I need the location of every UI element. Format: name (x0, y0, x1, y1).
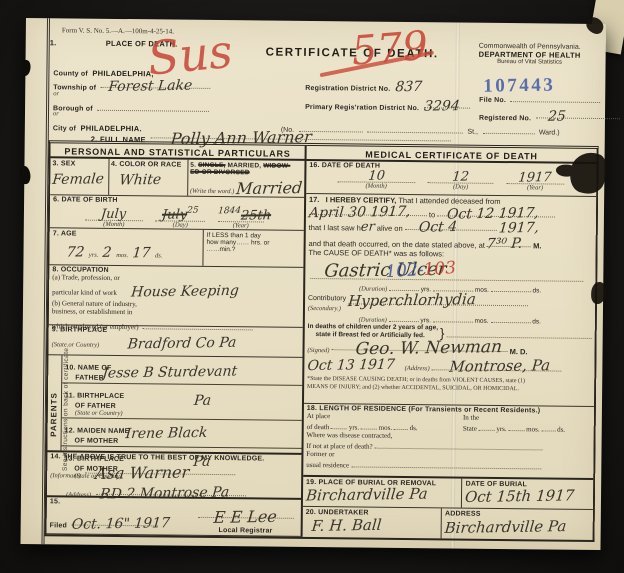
duration2-dots (490, 314, 530, 323)
ward-fill (482, 123, 534, 135)
certificate-form: Form V. S. No. 5.—A.—100m-4-25-14. 1. PL… (44, 18, 599, 550)
sex-race-marital-row: 3. SEX Female 4. COLOR OR RACE White 5. … (50, 158, 304, 198)
dod-month-value: 10 (367, 171, 385, 182)
undertaker-cell: 20. UNDERTAKER F. H. Ball (302, 507, 442, 538)
father-bp-label1: 11. BIRTHPLACE (65, 392, 124, 400)
sex-label: 3. SEX (52, 160, 106, 168)
father-name-row: 10. NAME OF FATHER Jesse B Sturdevant (62, 355, 302, 386)
secondary-label: (Secondary.) (308, 305, 346, 312)
marital-value: Married (235, 178, 303, 198)
parents-block: PARENTS 10. NAME OF FATHER Jesse B Sturd… (47, 355, 302, 455)
age-months: 2 (102, 245, 112, 261)
dob-day-group: July25 (Day) (155, 205, 205, 229)
physician-address-label: (Address) (405, 365, 430, 372)
registrar-signature: E E Lee (213, 507, 278, 527)
physician-address-fill: Montrose, Pa (432, 360, 562, 372)
burial-row: 19. PLACE OF BURIAL OR REMOVAL Birchardv… (303, 476, 593, 510)
dob-year-struck: 25th (240, 210, 271, 221)
dod-day-value: 12 (452, 171, 470, 182)
local-registrar-label: Local Registrar (197, 527, 293, 535)
last-saw-date: Oct 4 (418, 219, 458, 236)
signed-label: (Signed) (307, 347, 329, 354)
parents-label: PARENTS (49, 371, 59, 437)
signed-date: Oct 13 1917 (307, 359, 395, 373)
undertaker-row: 20. UNDERTAKER F. H. Ball ADDRESS Bircha… (302, 507, 592, 540)
primary-district-fill: 3294 (424, 97, 470, 108)
date-of-birth-row: 6. DATE OF BIRTH July (Month) July25 (Da… (50, 195, 304, 231)
ward-label: Ward.) (539, 129, 560, 136)
undertaker-address-cell: ADDRESS Birchardville Pa (442, 508, 593, 540)
residence-row: 18. LENGTH OF RESIDENCE (For Transients … (303, 404, 594, 480)
death-m-label: M. (533, 242, 541, 251)
registration-district-value: 837 (394, 79, 422, 95)
cause-value: Gastric Ulcer (323, 259, 447, 282)
res-mos: mos. (379, 423, 393, 431)
attestation-label: 14. THE ABOVE IS TRUE TO THE BEST OF MY … (50, 453, 298, 463)
duration2-ds: ds. (532, 319, 541, 326)
mother-name-row: 12. MAIDEN NAME OF MOTHER Irene Black (62, 418, 302, 449)
res-dots (394, 421, 408, 430)
commonwealth-block: Commonwealth of Pennsylvania. DEPARTMENT… (446, 42, 614, 66)
item-1-number: 1. (50, 38, 57, 47)
residence-at-place-2: of death (307, 423, 330, 431)
primary-district-row: Primary Regis'ration District No. 3294 (305, 96, 470, 116)
res-yrs: yrs. (349, 423, 359, 431)
death-time-fill: 7³⁰ P. (487, 236, 531, 247)
filed-date: Oct. 16" 1917 (71, 515, 171, 533)
last-saw-year: 1917, (498, 220, 540, 237)
certify-row: 17. I HEREBY CERTIFY, That I attended de… (304, 194, 596, 406)
from-date: April 30 1917, (308, 204, 411, 222)
certify-no: 17. (309, 195, 320, 204)
form-number: Form V. S. No. 5.—A.—100m-4-25-14. (62, 26, 174, 35)
duration2-dots (389, 313, 419, 322)
last-saw-pre: that I last saw h (309, 223, 361, 233)
former-fill (351, 458, 541, 469)
residence-former-2: usual residence (306, 461, 349, 469)
file-no-label: File No. (479, 97, 506, 104)
primary-district-value: 3294 (423, 98, 460, 115)
duration2-dots (433, 314, 473, 323)
bureau-line: Bureau of Vital Statistics (446, 58, 614, 66)
age-note-line3: ……min.? (206, 246, 300, 254)
registered-no-fill: 25 (536, 107, 620, 119)
dob-year-group: 184425th (Year) (218, 206, 264, 229)
residence-state: State (463, 424, 477, 432)
contributory-fill: Hyperchlorhydia (348, 294, 528, 307)
dob-year-value: 1844 (217, 206, 241, 217)
personal-column: PERSONAL AND STATISTICAL PARTICULARS 3. … (47, 143, 307, 537)
last-saw-post: alive on (377, 224, 403, 233)
burial-place-cell: 19. PLACE OF BURIAL OR REMOVAL Birchardv… (303, 476, 463, 507)
father-name-value: Jesse B Sturdevant (102, 363, 238, 381)
mother-name-value: Irene Black (125, 425, 208, 442)
age-less-than-note: If LESS than 1 day how many…… hrs. or ……… (202, 230, 303, 267)
res-ds2: ds. (557, 425, 565, 433)
burial-date-cell: DATE OF BURIAL Oct 15th 1917 (462, 478, 593, 509)
res-dots (331, 420, 347, 429)
parents-rows: 10. NAME OF FATHER Jesse B Sturdevant 11… (61, 355, 302, 453)
age-days: 17 (132, 245, 151, 261)
dod-month-group: 10 (Month) (337, 169, 415, 190)
birthplace-sub: (State or Country) (52, 341, 100, 348)
age-label: 7. AGE (53, 230, 200, 239)
attestation-row: 14. THE ABOVE IS TRUE TO THE BEST OF MY … (47, 452, 301, 500)
race-label: 4. COLOR OR RACE (111, 161, 185, 169)
place-of-death-label: PLACE OF DEATH. (106, 39, 178, 49)
registration-district-label: Registration District No. (305, 85, 390, 93)
township-value: Forest Lake (108, 78, 193, 95)
borough-fill-line (97, 100, 209, 112)
res-dots2 (508, 422, 524, 431)
registration-district-row: Registration District No. 837 (305, 77, 421, 96)
age-ds-label: ds. (155, 252, 162, 259)
burial-place-value: Birchardville Pa (305, 484, 428, 504)
city-label: City of (53, 125, 76, 132)
filed-fill: Oct. 16" 1917 (71, 515, 157, 527)
duration2-mos: mos. (474, 318, 488, 325)
parents-band: PARENTS (47, 355, 62, 450)
duration-dots (491, 283, 531, 292)
township-fill-line: Forest Lake (101, 77, 211, 89)
township-label: Township of (53, 84, 96, 91)
scan-background: See instructions on back of certificate.… (0, 0, 624, 573)
signed-fill: Geo. W. Newman (332, 340, 508, 353)
to-fill: Oct 12 1917, (437, 206, 555, 218)
age-yrs-label: yrs. (89, 252, 99, 259)
dob-month-value: July (101, 209, 127, 220)
birthplace-row: 9. BIRTHPLACE (State or Country) Bradfor… (48, 325, 302, 358)
undertaker-value: F. H. Ball (311, 516, 382, 535)
marital-hint: (Write the word.) (190, 188, 234, 195)
age-main: 7. AGE 72 yrs. 2 mos. 17 ds. (49, 228, 202, 266)
race-value: White (118, 172, 161, 189)
informant-value: Asa Warner (94, 462, 190, 483)
dob-day-label: (Day) (173, 222, 188, 229)
sex-value: Female (52, 171, 105, 188)
undertaker-address-value: Birchardville Pa (444, 517, 567, 537)
race-cell: 4. COLOR OR RACE White (108, 159, 188, 196)
borough-row: Borough of (53, 97, 209, 117)
or-label: or (53, 110, 59, 117)
contributory-label: Contributory (308, 292, 346, 305)
certificate-body: PERSONAL AND STATISTICAL PARTICULARS 3. … (45, 140, 599, 542)
father-birthplace-row: 11. BIRTHPLACE OF FATHER (State or Count… (62, 383, 302, 421)
street-label: St., (467, 129, 478, 136)
from-fill: April 30 1917, (309, 204, 427, 216)
file-no-fill (510, 91, 600, 103)
res-mos2: mos. (526, 425, 540, 433)
father-bp-sub: (State or Country) (75, 410, 299, 419)
physician-address-value: Montrose, Pa (449, 360, 551, 375)
registrar-sig-fill: E E Lee (198, 507, 294, 519)
death-time: 7³⁰ P. (486, 236, 523, 253)
informant-address-fill: RD 2 Montrose Pa (96, 484, 246, 497)
medical-column: MEDICAL CERTIFICATE OF DEATH 16. DATE OF… (302, 146, 596, 540)
township-row: Township of Forest Lake (53, 76, 211, 96)
res-yrs2: yrs. (496, 425, 506, 433)
res-dots2 (479, 422, 495, 431)
age-years: 72 (66, 244, 85, 260)
res-dots (361, 420, 377, 429)
father-bp-value: Pa (193, 393, 212, 409)
certificate-title: CERTIFICATE OF DEATH. (266, 47, 439, 61)
footnote-line2: MEANS OF INJURY; and (2) whether ACCIDEN… (307, 384, 591, 394)
occupation-line-a2: particular kind of work (52, 288, 117, 297)
marital-cell: 5. SINGLE, MARRIED, WIDOW- ED OR DIVORCE… (187, 160, 304, 197)
last-saw-script: er (360, 220, 375, 235)
filed-label: Filed (50, 522, 67, 529)
duration-ds: ds. (533, 288, 542, 295)
age-row: 7. AGE 72 yrs. 2 mos. 17 ds. If LE (49, 228, 303, 268)
primary-district-label: Primary Regis'ration District No. (305, 104, 419, 112)
contracted-fill (374, 439, 542, 450)
marital-divorced: ED OR DIVORCED (190, 169, 302, 177)
file-no-row: File No. (479, 89, 601, 108)
dod-year-group: 1917 (Year) (506, 171, 564, 192)
informant-label: (Informant) (50, 472, 80, 479)
occupation-value: House Keeping (131, 283, 240, 301)
dod-year-value: 1917 (518, 172, 552, 184)
certificate-header: Form V. S. No. 5.—A.—100m-4-25-14. 1. PL… (49, 18, 600, 146)
marital-widowed: WIDOW- (263, 162, 290, 169)
death-certificate: See instructions on back of certificate.… (20, 18, 605, 550)
birthplace-value: Bradford Co Pa (127, 335, 237, 353)
md-label: M. D. (510, 348, 528, 357)
mother-name-label1: 12. MAIDEN NAME (65, 427, 130, 435)
res-ds: ds. (410, 424, 418, 432)
physician-signature: Geo. W. Newman (355, 340, 503, 359)
informant-fill: Asa Warner (85, 463, 235, 476)
sex-cell: 3. SEX Female (50, 158, 108, 195)
dod-day-group: 12 (Day) (428, 170, 494, 191)
or-label: or (53, 90, 59, 97)
date-of-death-row: 16. DATE OF DEATH 10 (Month) 12 (Day) (306, 161, 596, 197)
full-name-fill: Polly Ann Warner (150, 127, 450, 141)
dob-month-group: July (Month) (85, 208, 143, 229)
marital-no: 5. (190, 162, 196, 169)
ink-blot (591, 282, 606, 304)
occupation-row: 8. OCCUPATION (a) Trade, profession, or … (49, 265, 303, 328)
dob-day-value: 25 (187, 206, 199, 217)
burial-date-value: Oct 15th 1917 (465, 486, 576, 506)
dob-day-struck: July (162, 209, 188, 220)
res-dots2 (541, 422, 555, 431)
contributory-value: Hyperchlorhydia (348, 293, 477, 308)
age-mos-label: mos. (116, 252, 128, 259)
filed-row: 15. Filed Oct. 16" 1917 E E Lee Local Re… (47, 497, 301, 537)
